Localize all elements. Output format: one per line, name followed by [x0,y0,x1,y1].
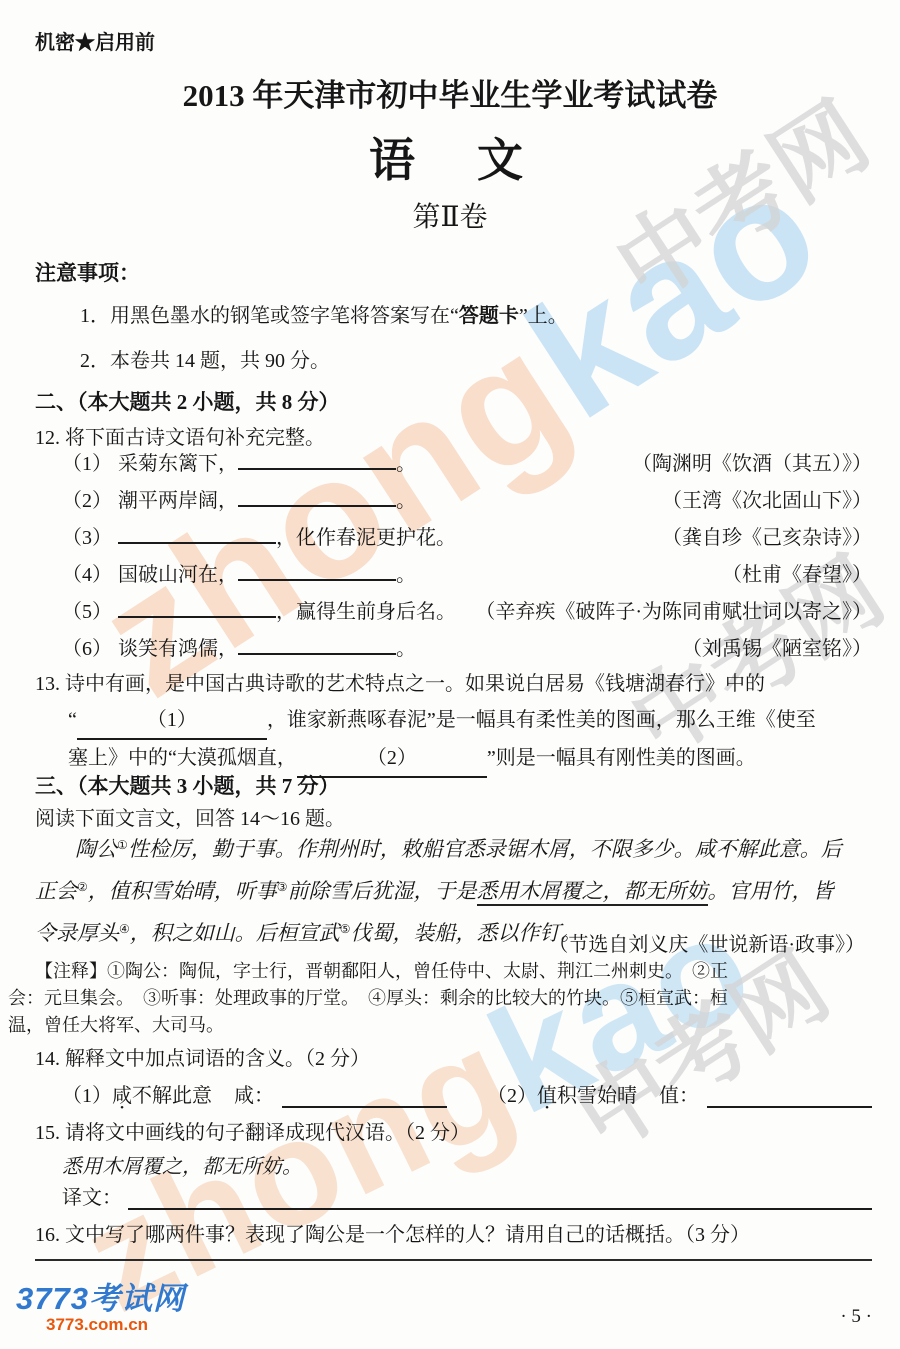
passage-text: 积雪始晴，听事 [130,879,277,903]
notice-heading: 注意事项： [35,257,140,287]
item-text-post: 。 [396,631,416,668]
page-content: 机密★启用前 2013 年天津市初中毕业生学业考试试卷 语 文 第Ⅱ卷 注意事项… [0,0,900,1349]
q14-parts: （1） 咸不解此意 咸： （2） 值积雪始晴 值： [62,1078,872,1108]
citation: （陶渊明《饮酒（其五）》） [632,446,872,483]
item-text: 采菊东篱下， [118,446,238,483]
item-text: 潮平两岸阔， [118,483,238,520]
section-3-heading: 三、（本大题共 3 小题，共 7 分） [35,770,340,800]
q12-item-4: （4）国破山河在，。（杜甫《春望》） [62,557,872,594]
q13-block: 13. 诗中有画，是中国古典诗歌的艺术特点之一。如果说白居易《钱塘湖春行》中的 … [35,666,872,778]
passage-source: （节选自刘义庆《世说新语·政事》） [35,928,865,957]
passage-text: 不解此意。后 [716,837,842,861]
answer-blank [238,563,396,581]
item-number: （4） [62,557,112,594]
q13-line-2-post: ，谁家新燕啄春泥”是一幅具有柔性美的图画，那么王维《使至 [267,709,816,731]
part-2-phrase: 值积雪始晴 [537,1079,637,1108]
emphasized-char: 值 [109,879,130,903]
q13-line-3-pre: 塞上》中的“大漠孤烟直， [68,747,297,769]
answer-blank-labeled: （1） [77,702,267,740]
q13-line-3-post: ”则是一幅具有刚性美的图画。 [487,747,756,769]
passage-line-2: 正会②，值积雪始晴，听事③前除雪后犹湿，于是悉用木屑覆之，都无所妨。官用竹，皆 [35,868,890,910]
footnotes-block: 【注释】①陶公：陶侃，字士行，晋朝鄱阳人，曾任侍中、太尉、荆江二州刺史。 ②正 … [8,958,890,1039]
answer-blank [118,600,276,618]
notice-item-1-bold: 答题卡 [459,305,519,327]
secrecy-label: 机密★启用前 [35,26,155,55]
passage-text: 性检厉，勤于事。作荆州时，敕船官悉录锯木屑，不限多少。 [128,837,695,861]
item-text: 国破山河在， [118,557,238,594]
answer-blank [238,489,396,507]
footnotes-line-3: 温，曾任大将军、大司马。 [8,1012,890,1039]
part-1-number: （1） [62,1079,112,1108]
notice-item-2: 2．本卷共 14 题，共 90 分。 [80,344,330,373]
answer-blank [238,637,396,655]
site-logo-text: 3773考试网 [16,1283,185,1315]
q12-item-list: （1）采菊东篱下，。（陶渊明《饮酒（其五）》） （2）潮平两岸阔，。（王湾《次北… [62,446,872,668]
passage-text: 正会 [35,879,77,903]
answer-blank [118,526,276,544]
exam-paper-page: zhongkao zhongkao 中考网 中考网 中考网 机密★启用前 201… [0,0,900,1349]
citation: （杜甫《春望》） [722,557,872,594]
notice-item-1: 1．用黑色墨水的钢笔或签字笔将答案写在“答题卡”上。 [80,299,568,328]
item-text-post: 。 [396,557,416,594]
citation: （辛弃疾《破阵子·为陈同甫赋壮词以寄之》） [475,594,872,631]
citation: （龚自珍《己亥杂诗》） [662,520,872,557]
subject-title: 语 文 [0,124,900,190]
item-text-post: 。 [396,483,416,520]
footnote-marker-2: ② [77,880,88,894]
passage-text: 陶公 [75,837,117,861]
part-2-phrase-rest: 积雪始晴 [557,1085,637,1107]
underlined-sentence: 悉用木屑覆之，都无所妨 [477,879,708,906]
item-number: （3） [62,520,112,557]
item-number: （1） [62,446,112,483]
answer-blank [128,1186,872,1210]
item-text-post: ，化作春泥更护花。 [276,520,456,557]
passage-text: ， [88,879,109,903]
q15-stem: 15. 请将文中画线的句子翻译成现代汉语。（2 分） [35,1116,872,1145]
q13-line-2-pre: “ [68,709,77,731]
citation: （王湾《次北固山下》） [662,483,872,520]
answer-blank [238,452,396,470]
emphasized-char: 值 [537,1085,557,1107]
q12-item-3: （3），化作春泥更护花。（龚自珍《己亥杂诗》） [62,520,872,557]
item-number: （6） [62,631,112,668]
item-text-post: 。 [396,446,416,483]
site-logo: 3773考试网 3773.com.cn [16,1283,185,1335]
footnotes-line-1: 【注释】①陶公：陶侃，字士行，晋朝鄱阳人，曾任侍中、太尉、荆江二州刺史。 ②正 [8,958,890,985]
answer-blank [282,1090,447,1108]
notice-item-1-post: ”上。 [519,305,568,327]
part-1-word-label: 咸： [234,1079,274,1108]
part-1-phrase: 咸不解此意 [112,1079,212,1108]
page-number: · 5 · [840,1306,872,1328]
q12-item-5: （5），赢得生前身后名。（辛弃疾《破阵子·为陈同甫赋壮词以寄之》） [62,594,872,631]
passage-text: 。官用竹，皆 [708,879,834,903]
translation-label: 译文： [62,1181,122,1210]
exam-title: 2013 年天津市初中毕业生学业考试试卷 [0,70,900,115]
item-number: （2） [62,483,112,520]
volume-title: 第Ⅱ卷 [0,195,900,235]
footnotes-line-2: 会：元旦集会。 ③听事：处理政事的厅堂。 ④厚头：剩余的比较大的竹块。⑤桓宣武：… [8,985,890,1012]
q13-line-2: “（1），谁家新燕啄春泥”是一幅具有柔性美的图画，那么王维《使至 [35,702,872,740]
notice-item-1-pre: 1．用黑色墨水的钢笔或签字笔将答案写在“ [80,305,459,327]
q16-stem: 16. 文中写了哪两件事？表现了陶公是一个怎样的人？请用自己的话概括。（3 分） [35,1218,872,1247]
item-number: （5） [62,594,112,631]
part-2-number: （2） [487,1079,537,1108]
passage-line-1: 陶公①性检厉，勤于事。作荆州时，敕船官悉录锯木屑，不限多少。咸不解此意。后 [35,826,890,868]
passage-text: 前除雪后犹湿，于是 [288,879,477,903]
footer-divider [35,1259,872,1261]
q14-stem: 14. 解释文中加点词语的含义。（2 分） [35,1042,872,1071]
footnote-marker-1: ① [117,838,128,852]
item-text-post: ，赢得生前身后名。 [276,594,456,631]
site-logo-domain: 3773.com.cn [46,1315,185,1335]
q12-item-1: （1）采菊东篱下，。（陶渊明《饮酒（其五）》） [62,446,872,483]
part-2-word-label: 值： [659,1079,699,1108]
answer-blank [707,1090,872,1108]
translation-line: 译文： [62,1182,872,1210]
item-text: 谈笑有鸿儒， [118,631,238,668]
q15-sentence: 悉用木屑覆之，都无所妨。 [62,1150,302,1179]
emphasized-char: 咸 [695,837,716,861]
q12-item-6: （6）谈笑有鸿儒，。（刘禹锡《陋室铭》） [62,631,872,668]
q13-line-1: 13. 诗中有画，是中国古典诗歌的艺术特点之一。如果说白居易《钱塘湖春行》中的 [35,666,872,702]
emphasized-char: 咸 [112,1085,132,1107]
part-1-phrase-rest: 不解此意 [132,1085,212,1107]
section-2-heading: 二、（本大题共 2 小题，共 8 分） [35,386,340,416]
footnote-marker-3: ③ [277,880,288,894]
q12-item-2: （2）潮平两岸阔，。（王湾《次北固山下》） [62,483,872,520]
citation: （刘禹锡《陋室铭》） [682,631,872,668]
